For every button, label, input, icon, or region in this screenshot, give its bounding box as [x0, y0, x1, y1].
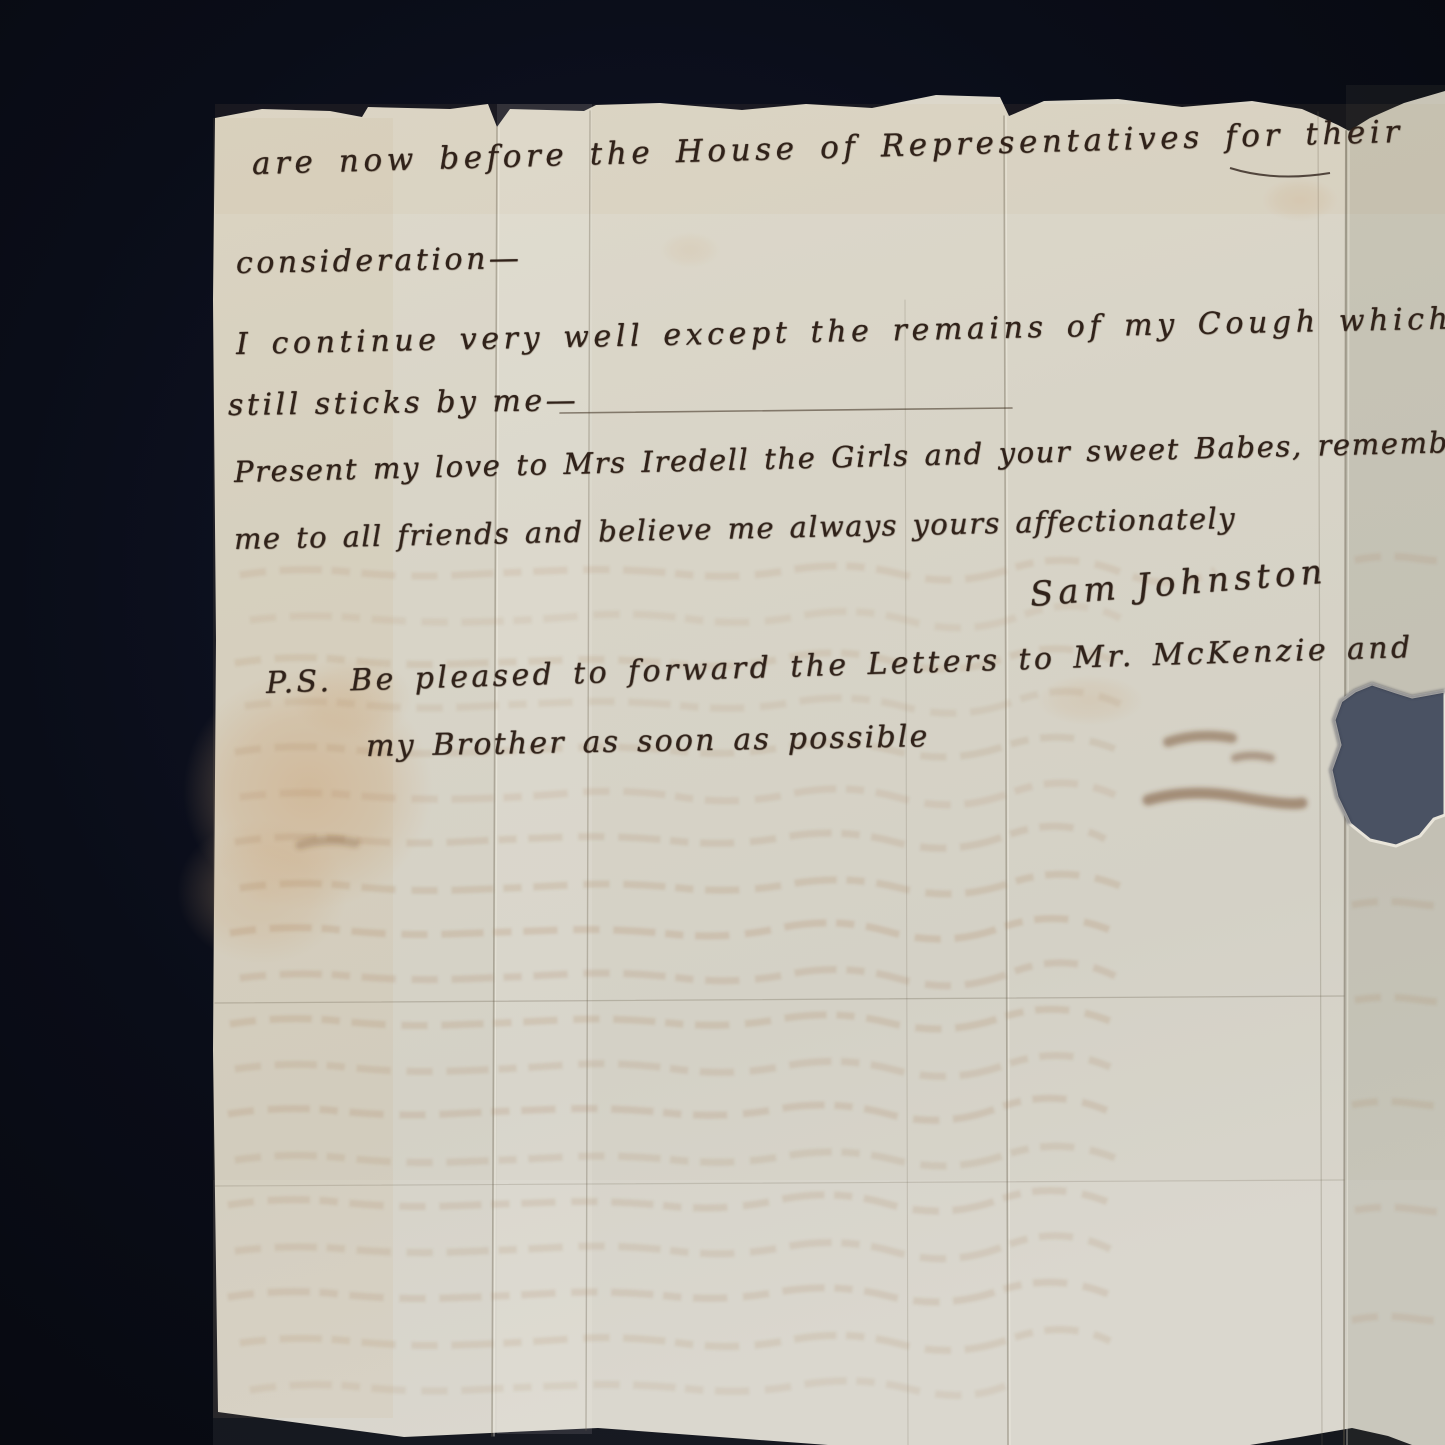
letter-line-2: consideration— — [236, 241, 523, 281]
letter-line-4: still sticks by me— — [228, 383, 580, 423]
letter-photograph: are now before the House of Representati… — [0, 0, 1445, 1445]
